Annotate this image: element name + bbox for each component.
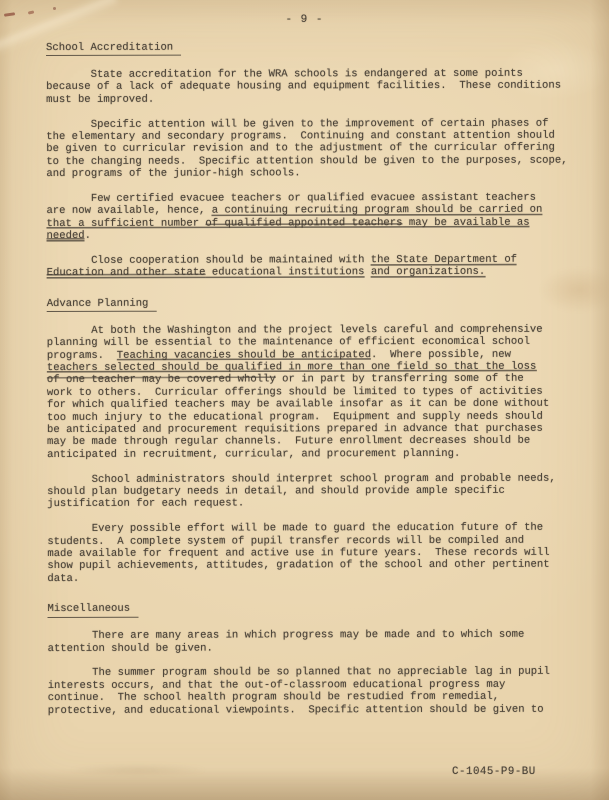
text-line: There are many areas in which progress m… [48,629,600,643]
text-line: that a sufficient number of qualified ap… [46,216,598,230]
text-line: planning will be essential to the mainte… [47,336,599,350]
footer-code: C-1045-P9-BU [452,766,536,778]
section-heading: School Accreditation [46,42,181,57]
text-line: are now available, hence, a continuing r… [46,204,598,218]
text-segment: must be improved. [46,93,154,105]
text-segment: At both the Washington and the project l… [47,323,543,336]
text-line: because of a lack of adequate housing an… [46,80,598,94]
paragraph: The summer program should be so planned … [48,666,600,717]
text-segment: The summer program should be so planned … [48,666,550,679]
text-line: must be improved. [46,92,598,106]
section-heading: Advance Planning [47,298,157,313]
text-line: School administrators should interpret s… [47,472,599,486]
text-segment: School administrators should interpret s… [47,472,556,485]
text-segment: Specific attention will be given to the … [46,117,548,130]
text-segment: State accreditation for the WRA schools … [46,68,523,81]
text-line: The summer program should be so planned … [48,666,600,680]
text-segment: may be made through regular channels. Fu… [47,435,530,448]
pencil-marked-text: that a sufficient number [46,217,205,229]
text-segment: should plan budgetary needs in detail, a… [47,485,505,498]
ink-bleedthrough [68,764,208,776]
text-segment: show pupil achievements, attitudes, grad… [47,559,549,572]
text-segment: for which qualified teachers may be avai… [47,398,549,411]
text-segment: . [85,230,91,242]
text-segment: justification for each request. [47,498,244,511]
section-heading: Miscellaneous [47,603,138,618]
paragraph: Every possible effort will be made to gu… [47,522,599,585]
text-segment: Close cooperation should be maintained w… [47,254,371,267]
text-segment: because of a lack of adequate housing an… [46,80,561,93]
text-line: anticipated in recruitment, curricular, … [47,447,599,461]
text-line: data. [47,571,599,585]
text-segment: or in part by transferring some of the [276,373,524,386]
stain-mark [53,7,56,10]
paragraph: Few certified evacuee teachers or qualif… [46,192,598,243]
section: Advance Planning At both the Washington … [47,296,600,585]
pencil-marked-text: Teaching vacancies should be anticipated [117,349,371,362]
section: School Accreditation State accreditation… [46,41,599,280]
text-segment: attention should be given. [48,642,213,654]
text-segment: students. A complete system of pupil tra… [47,534,524,547]
pencil-marked-text: may be available as [402,217,529,229]
page-number: - 9 - [0,14,609,26]
section: Miscellaneous There are many areas in wh… [47,602,599,717]
text-line: protective, and educational viewpoints. … [48,703,600,717]
text-line: justification for each request. [47,497,599,511]
document-page: - 9 - School Accreditation State accredi… [0,0,609,800]
text-segment: work to others. Curricular offerings sho… [47,385,543,398]
text-line: Education and other state educational in… [47,266,599,280]
paragraph: School administrators should interpret s… [47,472,599,511]
text-segment: interests occurs, and that the out-of-cl… [48,679,506,692]
document-body: School Accreditation State accreditation… [46,41,600,717]
text-segment: data. [47,573,79,585]
text-segment: too much injury to the educational progr… [47,410,543,423]
text-segment: There are many areas in which progress m… [48,629,525,642]
paragraph: There are many areas in which progress m… [48,629,600,655]
text-segment: programs. [47,349,117,361]
text-line: show pupil achievements, attitudes, grad… [47,559,599,573]
text-segment: are now available, hence, [46,205,211,217]
text-segment: and programs of the junior-high schools. [46,167,300,180]
text-line: and programs of the junior-high schools. [46,167,598,181]
pencil-marked-text: of qualified appointed teachers [205,217,402,230]
text-line: to the changing needs. Specific attentio… [46,154,598,168]
text-line: attention should be given. [48,641,600,655]
text-segment: protective, and educational viewpoints. … [48,703,544,716]
paragraph: Specific attention will be given to the … [46,117,598,180]
text-line: may be made through regular channels. Fu… [47,435,599,449]
pencil-marked-text: a continuing recruiting program should b… [212,204,543,217]
pencil-marked-text: educational institutions [206,267,365,279]
text-line: needed. [46,229,598,243]
text-segment: anticipated in recruitment, curricular, … [47,448,460,461]
text-segment: be given to curricular revision and to t… [46,142,555,155]
pencil-marked-text: needed [46,230,84,242]
text-segment: . Where possible, new [371,348,511,360]
pencil-marked-text: of one teacher may be covered wholly [47,374,276,387]
pencil-marked-text: Education and other state [47,267,206,279]
paragraph: At both the Washington and the project l… [47,323,599,461]
text-segment: planning will be essential to the mainte… [47,336,530,349]
text-segment: to the changing needs. Specific attentio… [46,154,567,167]
pencil-marked-text: and organizations. [371,266,485,278]
paragraph: State accreditation for the WRA schools … [46,67,598,106]
pencil-marked-text: the State Department of [371,254,517,266]
paragraph: Close cooperation should be maintained w… [47,254,599,280]
text-segment: Every possible effort will be made to gu… [47,522,543,535]
text-segment: continue. The school health program shou… [48,691,499,704]
